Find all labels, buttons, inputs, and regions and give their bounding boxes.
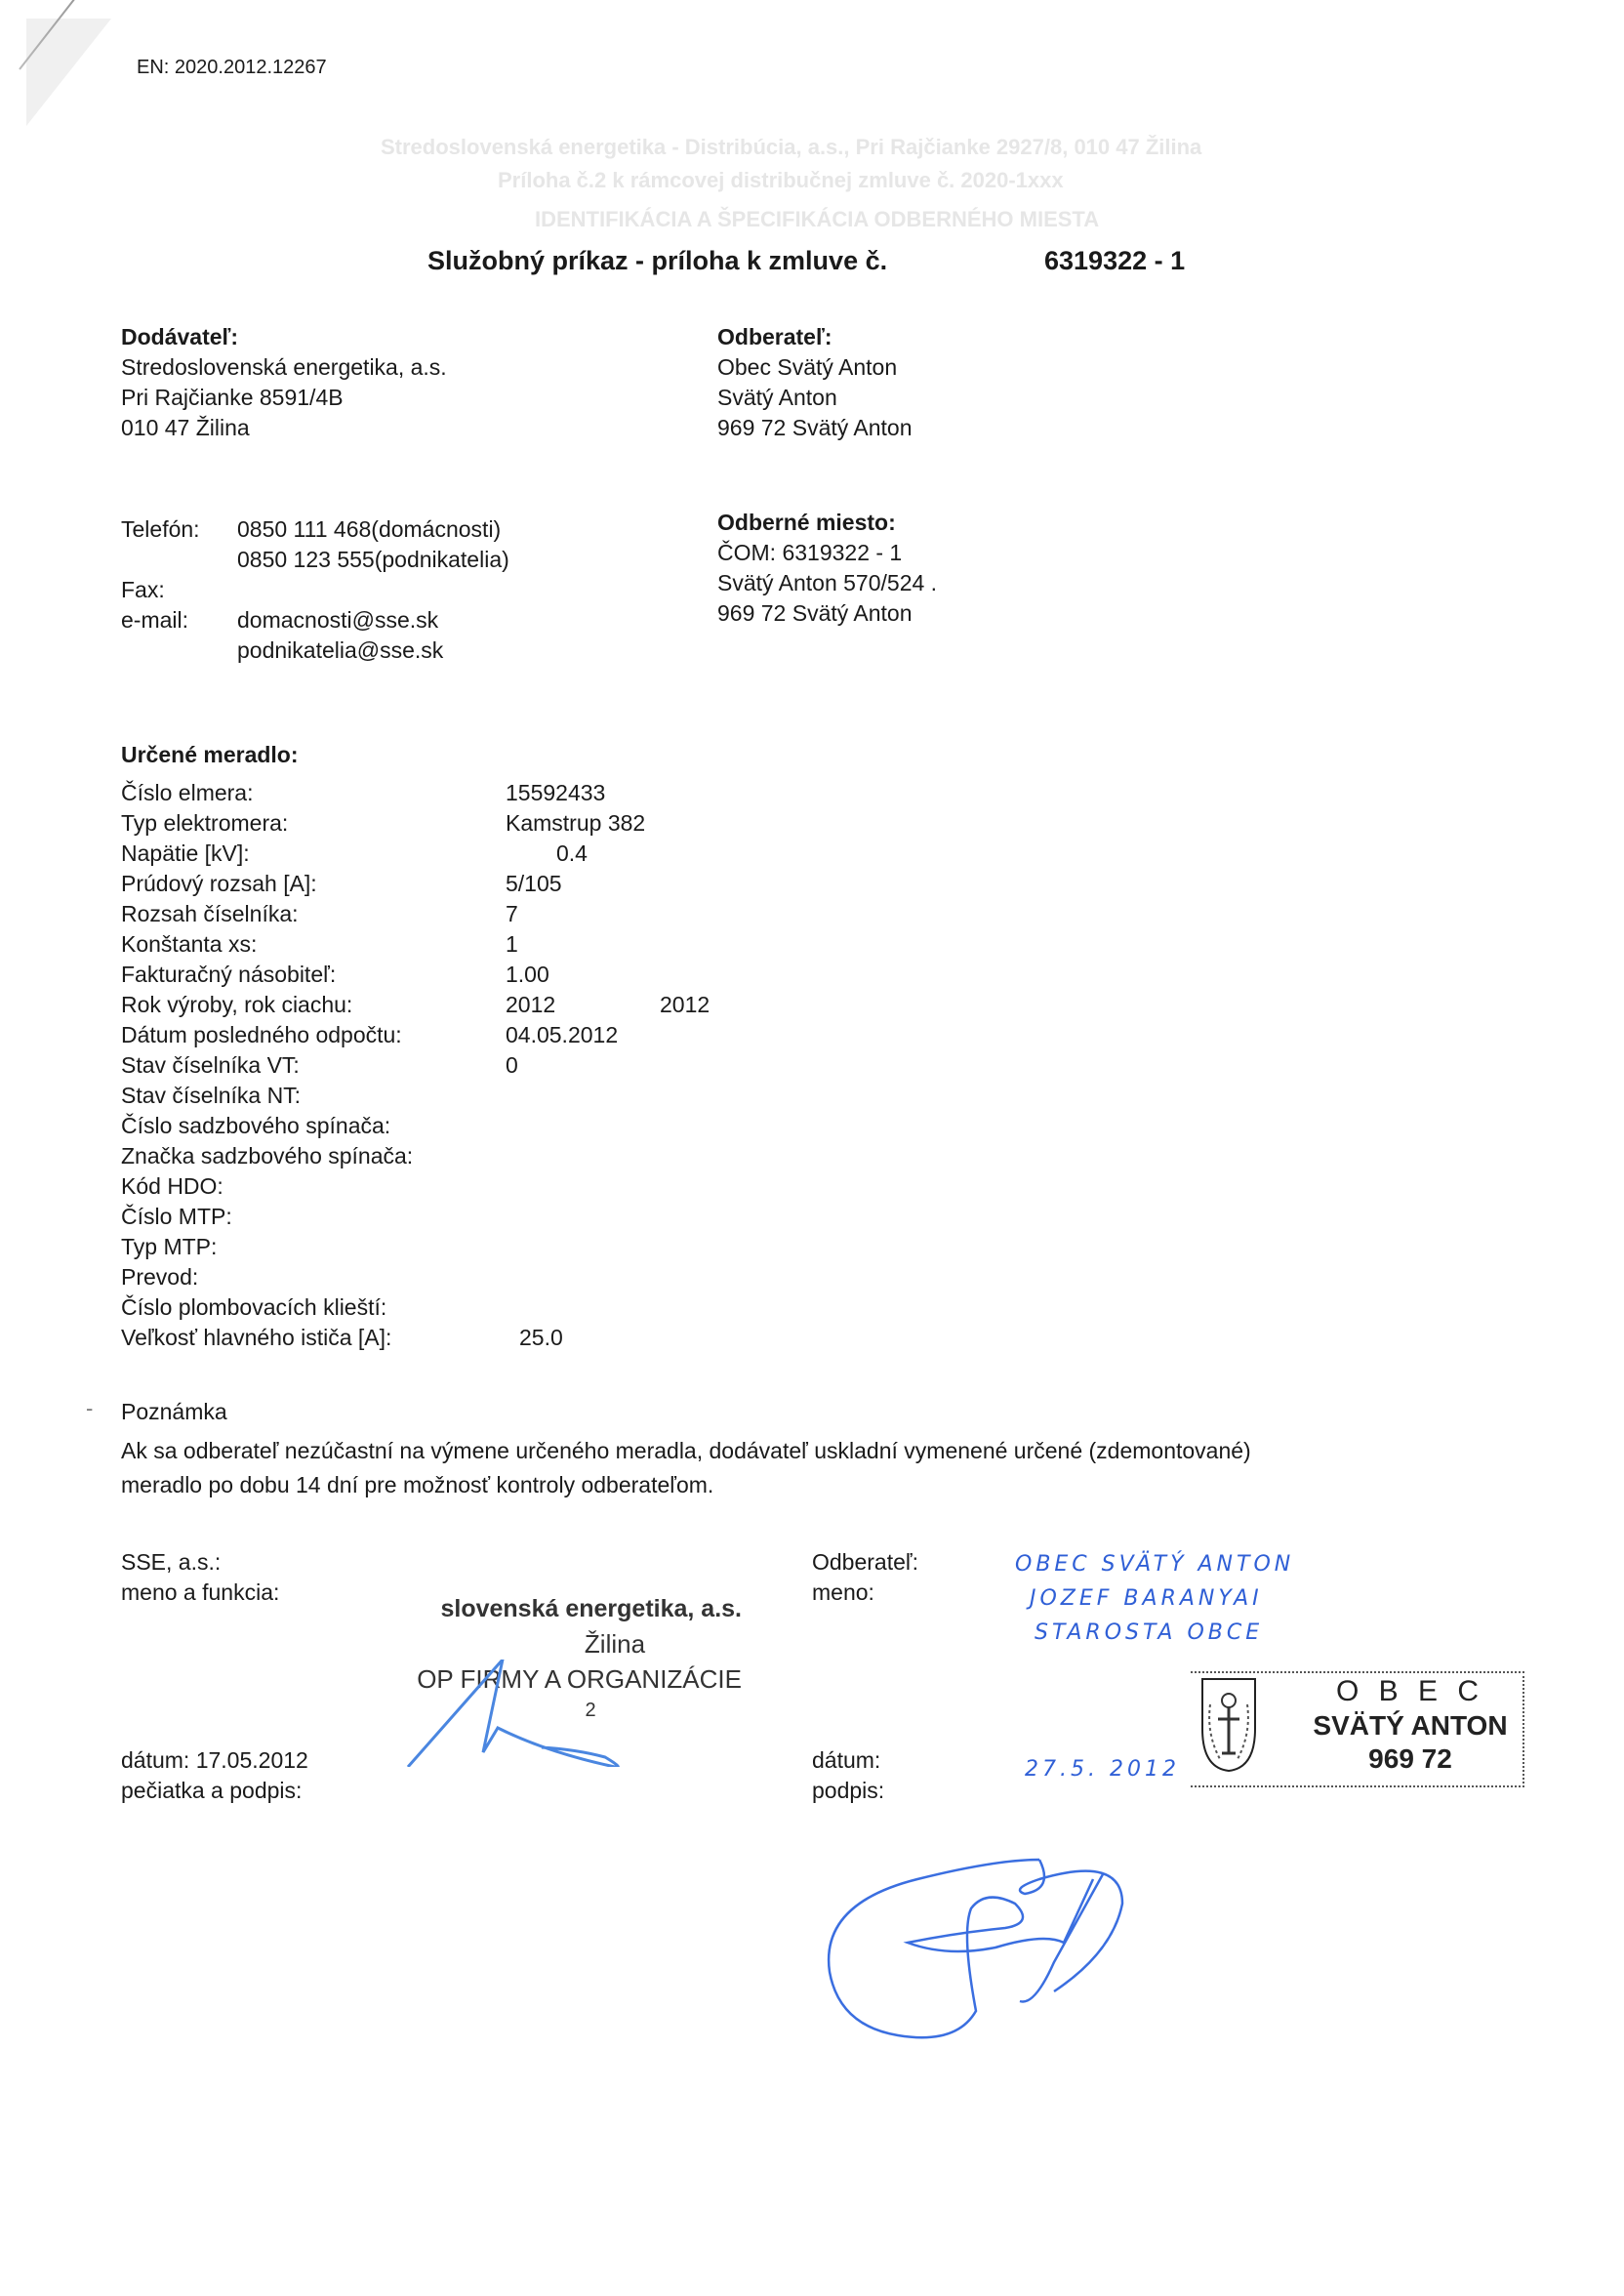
meter-row: Konštanta xs:1 (121, 929, 804, 960)
handwritten-org: OBEC SVÄTÝ ANTON (1015, 1552, 1294, 1577)
meter-row-value: Kamstrup 382 (506, 808, 645, 839)
meter-row-label: Prevod: (121, 1264, 198, 1290)
meter-row: Stav číselníka VT:0 (121, 1050, 804, 1081)
meter-row-label: Konštanta xs: (121, 931, 257, 957)
ghost-text: Príloha č.2 k rámcovej distribučnej zmlu… (498, 168, 1064, 193)
meter-row-value: 0.4 (556, 839, 588, 869)
meter-row: Veľkosť hlavného ističa [A]:25.0 (121, 1323, 804, 1353)
consumption-point-line: ČOM: 6319322 - 1 (717, 538, 937, 568)
customer-sign-label: podpis: (812, 1776, 884, 1806)
meter-row-value: 0 (506, 1050, 518, 1081)
supplier-signature (390, 1660, 683, 1767)
meter-row-label: Typ elektromera: (121, 810, 288, 836)
customer-label: Odberateľ: (812, 1547, 918, 1578)
meter-row: Rok výroby, rok ciachu:20122012 (121, 990, 804, 1020)
meter-row: Napätie [kV]:0.4 (121, 839, 804, 869)
meter-row-value: 04.05.2012 (506, 1020, 618, 1050)
meter-row-label: Veľkosť hlavného ističa [A]: (121, 1325, 391, 1350)
meter-row: Číslo elmera:15592433 (121, 778, 804, 808)
meter-row: Prevod: (121, 1262, 804, 1292)
meter-row-label: Dátum posledného odpočtu: (121, 1022, 402, 1047)
customer-heading: Odberateľ: (717, 322, 913, 352)
supplier-date-block: dátum: 17.05.2012 pečiatka a podpis: (121, 1745, 308, 1806)
meter-row-label: Číslo MTP: (121, 1204, 232, 1229)
stamp-line: O B E C (1298, 1675, 1522, 1708)
meter-row-label: Fakturačný násobiteľ: (121, 962, 336, 987)
note-heading: Poznámka (121, 1397, 227, 1427)
note-line: meradlo po dobu 14 dní pre možnosť kontr… (121, 1470, 713, 1500)
meter-row-label: Číslo plombovacích klieští: (121, 1294, 386, 1320)
supplier-line: Pri Rajčianke 8591/4B (121, 383, 447, 413)
ghost-text: IDENTIFIKÁCIA A ŠPECIFIKÁCIA ODBERNÉHO M… (535, 207, 1099, 232)
contract-number: 6319322 - 1 (1044, 246, 1185, 276)
meter-row-label: Značka sadzbového spínača: (121, 1143, 413, 1168)
customer-date-label: dátum: (812, 1745, 884, 1776)
meter-row: Dátum posledného odpočtu:04.05.2012 (121, 1020, 804, 1050)
stamp-sign-label: pečiatka a podpis: (121, 1776, 308, 1806)
supplier-block: Dodávateľ: Stredoslovenská energetika, a… (121, 322, 447, 443)
document-title: Služobný príkaz - príloha k zmluve č. (427, 246, 887, 276)
stamp-line: Žilina (371, 1626, 742, 1661)
note-line: Ak sa odberateľ nezúčastní na výmene urč… (121, 1436, 1251, 1466)
meter-row: Prúdový rozsah [A]:5/105 (121, 869, 804, 899)
handwritten-function: STAROSTA OBCE (1035, 1620, 1263, 1645)
meter-row-value: 1 (506, 929, 518, 960)
email-value[interactable]: domacnosti@sse.sk (237, 605, 438, 635)
customer-date-block: dátum: podpis: (812, 1745, 884, 1806)
phone-label: Telefón: (121, 516, 200, 542)
municipality-stamp: O B E C SVÄTÝ ANTON 969 72 (1191, 1671, 1524, 1787)
page-corner-fold (26, 19, 111, 126)
meter-row-value: 5/105 (506, 869, 562, 899)
meter-row: Rozsah číselníka:7 (121, 899, 804, 929)
customer-name-label: meno: (812, 1578, 918, 1608)
meter-row-label: Stav číselníka NT: (121, 1083, 301, 1108)
customer-signature (800, 1835, 1132, 2040)
meter-table: Číslo elmera:15592433Typ elektromera:Kam… (121, 778, 804, 1353)
stamp-line: slovenská energetika, a.s. (371, 1591, 742, 1626)
meter-row-label: Číslo sadzbového spínača: (121, 1113, 390, 1138)
customer-line: Svätý Anton (717, 383, 913, 413)
meter-row: Stav číselníka NT: (121, 1081, 804, 1111)
coat-of-arms-icon (1198, 1675, 1259, 1773)
customer-sign-block: Odberateľ: meno: (812, 1547, 918, 1608)
name-function-label: meno a funkcia: (121, 1578, 279, 1608)
meter-row-label: Napätie [kV]: (121, 840, 250, 866)
meter-row-label: Číslo elmera: (121, 780, 253, 805)
phone-value: 0850 123 555(podnikatelia) (237, 545, 509, 575)
meter-row: Typ MTP: (121, 1232, 804, 1262)
meter-row: Typ elektromera:Kamstrup 382 (121, 808, 804, 839)
stamp-line: SVÄTÝ ANTON (1298, 1710, 1522, 1742)
contact-block: Telefón:0850 111 468(domácnosti) 0850 12… (121, 514, 200, 666)
meter-row-value: 15592433 (506, 778, 605, 808)
stamp-line: 969 72 (1298, 1743, 1522, 1775)
en-number: EN: 2020.2012.12267 (137, 57, 327, 79)
meter-row-value: 7 (506, 899, 518, 929)
customer-line: Obec Svätý Anton (717, 352, 913, 383)
meter-row: Číslo plombovacích klieští: (121, 1292, 804, 1323)
supplier-sign-block: SSE, a.s.: meno a funkcia: (121, 1547, 279, 1608)
consumption-point-line: 969 72 Svätý Anton (717, 598, 937, 629)
consumption-point-line: Svätý Anton 570/524 . (717, 568, 937, 598)
meter-row: Kód HDO: (121, 1171, 804, 1202)
meter-row: Číslo MTP: (121, 1202, 804, 1232)
meter-row: Fakturačný násobiteľ:1.00 (121, 960, 804, 990)
customer-line: 969 72 Svätý Anton (717, 413, 913, 443)
meter-row-value: 1.00 (506, 960, 549, 990)
meter-row-label: Stav číselníka VT: (121, 1052, 300, 1078)
email-label: e-mail: (121, 607, 188, 633)
phone-value: 0850 111 468(domácnosti) (237, 514, 501, 545)
meter-row-value: 25.0 (519, 1323, 563, 1353)
consumption-point-heading: Odberné miesto: (717, 508, 937, 538)
meter-row-label: Rozsah číselníka: (121, 901, 299, 926)
meter-row-value-2: 2012 (660, 990, 710, 1020)
meter-row-label: Prúdový rozsah [A]: (121, 871, 317, 896)
handwritten-date: 27.5. 2012 (1025, 1757, 1180, 1782)
supplier-line: 010 47 Žilina (121, 413, 447, 443)
customer-block: Odberateľ: Obec Svätý Anton Svätý Anton … (717, 322, 913, 443)
bullet-mark: - (86, 1396, 93, 1421)
meter-row-value: 2012 (506, 990, 555, 1020)
ghost-text: Stredoslovenská energetika - Distribúcia… (381, 135, 1201, 160)
meter-row-label: Kód HDO: (121, 1173, 223, 1199)
supplier-line: Stredoslovenská energetika, a.s. (121, 352, 447, 383)
supplier-heading: Dodávateľ: (121, 322, 447, 352)
email-value[interactable]: podnikatelia@sse.sk (237, 635, 443, 666)
meter-row: Číslo sadzbového spínača: (121, 1111, 804, 1141)
meter-row-label: Typ MTP: (121, 1234, 217, 1259)
supplier-date: dátum: 17.05.2012 (121, 1745, 308, 1776)
meter-heading: Určené meradlo: (121, 740, 299, 770)
meter-row: Značka sadzbového spínača: (121, 1141, 804, 1171)
meter-row-label: Rok výroby, rok ciachu: (121, 992, 352, 1017)
handwritten-name: JOZEF BARANYAI (1030, 1586, 1263, 1611)
consumption-point-block: Odberné miesto: ČOM: 6319322 - 1 Svätý A… (717, 508, 937, 629)
fax-label: Fax: (121, 577, 165, 602)
sse-label: SSE, a.s.: (121, 1547, 279, 1578)
